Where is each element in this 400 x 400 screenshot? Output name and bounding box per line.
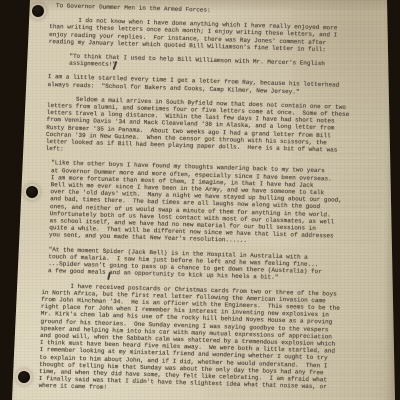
punch-hole-middle (26, 186, 38, 198)
letter-paragraph: I have received postcards or Christmas c… (39, 281, 354, 398)
letter-paragraph: "To think that I used to help Bill Willi… (69, 53, 360, 76)
scanned-letter-page: To Governor Dummer Men in the Armed Forc… (0, 0, 400, 400)
letter-paragraph: "Like the other boys I have found my tho… (49, 160, 357, 248)
letter-paragraph: I am a little startled every time I get … (47, 73, 359, 97)
letter-paragraph: "At the moment Spider (Jack Bell) is in … (48, 246, 355, 284)
letter-text-block: To Governor Dummer Men in the Armed Forc… (39, 2, 362, 399)
punch-hole-bottom (18, 371, 30, 383)
letter-salutation: To Governor Dummer Men in the Armed Forc… (56, 2, 362, 18)
letter-body: I do not know when I have done anything … (39, 16, 362, 398)
punch-hole-top (32, 5, 44, 17)
letter-paragraph: I do not know when I have done anything … (49, 16, 362, 54)
scan-viewport: To Governor Dummer Men in the Armed Forc… (0, 0, 400, 400)
letter-paragraph: Seldom a mail arrives in South Byfield n… (46, 95, 360, 162)
